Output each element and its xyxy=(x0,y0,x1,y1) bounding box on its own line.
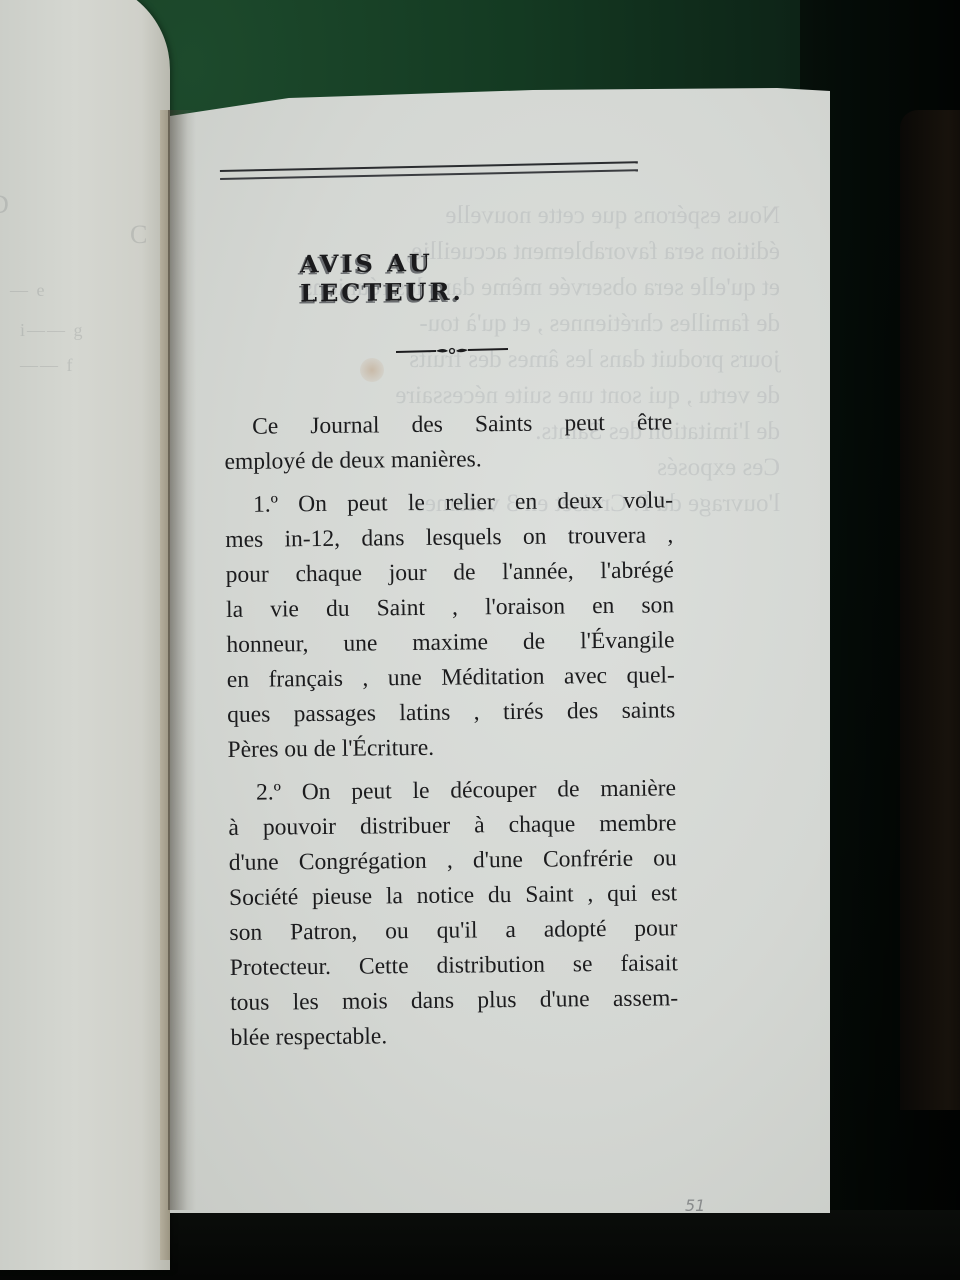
text-line: Ce Journal des Saints peut être xyxy=(224,405,672,445)
text-line: la vie du Saint , l'oraison en son xyxy=(226,588,674,628)
text-line: tous les mois dans plus d'une assem- xyxy=(230,981,678,1021)
text-line: d'une Congrégation , d'une Confrérie ou xyxy=(229,841,677,881)
text-line: son Patron, ou qu'il a adopté pour xyxy=(229,911,677,951)
paragraph-option-1: 1.º On peut le relier en deux volu- mes … xyxy=(225,483,676,768)
foxing-spot xyxy=(360,358,384,382)
text-line: honneur, une maxime de l'Évangile xyxy=(226,623,674,663)
book-gutter-shadow xyxy=(168,110,196,1210)
text-line: employé de deux manières. xyxy=(224,440,672,480)
paragraph-intro: Ce Journal des Saints peut être employé … xyxy=(224,405,673,480)
text-line: blée respectable. xyxy=(230,1016,678,1056)
text-line: ques passages latins , tirés des saints xyxy=(227,693,675,733)
paragraph-option-2: 2.º On peut le découper de manière à pou… xyxy=(228,771,679,1056)
right-page: Nous espérons que cette nouvelle édition… xyxy=(170,88,830,1213)
neighbor-book-spine xyxy=(900,110,960,1110)
page-heading: AVIS AU LECTEUR. xyxy=(300,247,581,308)
text-line: en français , une Méditation avec quel- xyxy=(227,658,675,698)
text-line: Société pieuse la notice du Saint , qui … xyxy=(229,876,677,916)
text-line: mes in-12, dans lesquels on trouvera , xyxy=(225,518,673,558)
left-page-ghost-text: —— f xyxy=(20,355,75,376)
left-page: D C — e i—— g —— f xyxy=(0,0,170,1270)
text-line: à pouvoir distribuer à chaque membre xyxy=(228,806,676,846)
left-page-ghost-text: C xyxy=(130,220,149,250)
double-rule-divider xyxy=(220,161,638,180)
left-page-ghost-text: i—— g xyxy=(20,320,85,341)
left-page-ghost-text: D xyxy=(0,190,11,220)
left-page-ghost-text: — e xyxy=(10,280,47,301)
text-line: 2.º On peut le découper de manière xyxy=(228,771,676,811)
text-line: 1.º On peut le relier en deux volu- xyxy=(225,483,673,523)
text-line: pour chaque jour de l'année, l'abrégé xyxy=(226,553,674,593)
pencil-annotation: 51 xyxy=(685,1196,705,1215)
text-line: Pères ou de l'Écriture. xyxy=(227,728,675,768)
text-line: Protecteur. Cette distribution se faisai… xyxy=(230,946,678,986)
body-text: Ce Journal des Saints peut être employé … xyxy=(224,405,679,1056)
fleuron-ornament-icon xyxy=(396,346,508,356)
